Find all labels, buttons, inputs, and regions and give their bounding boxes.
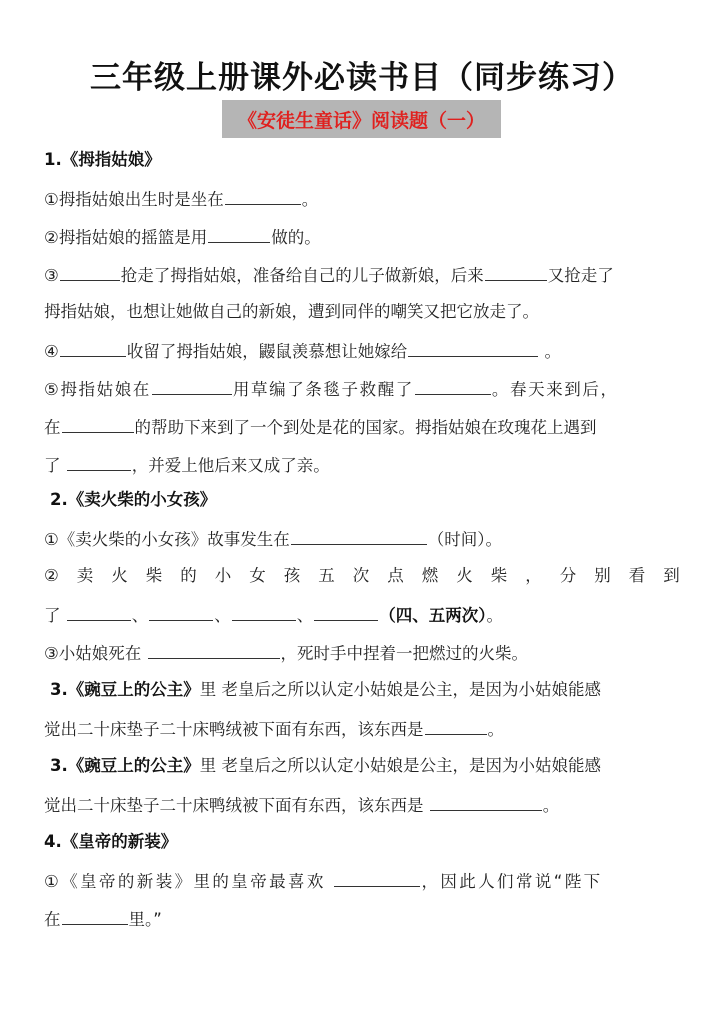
section-heading-4: 4.《皇帝的新装》 bbox=[44, 830, 680, 854]
answer-blank[interactable] bbox=[430, 792, 542, 811]
answer-blank[interactable] bbox=[67, 452, 131, 471]
page-title: 三年级上册课外必读书目（同步练习） bbox=[0, 52, 724, 97]
answer-blank[interactable] bbox=[152, 376, 232, 395]
answer-blank[interactable] bbox=[485, 262, 547, 281]
answer-blank[interactable] bbox=[334, 868, 420, 887]
question-4-1-line2: 在里。” bbox=[44, 906, 680, 932]
section-heading-2: 2.《卖火柴的小女孩》 bbox=[50, 488, 686, 512]
answer-blank[interactable] bbox=[62, 906, 128, 925]
answer-blank[interactable] bbox=[225, 186, 301, 205]
answer-blank[interactable] bbox=[415, 376, 491, 395]
subtitle: 《安徒生童话》阅读题（一） bbox=[238, 106, 485, 133]
answer-blank[interactable] bbox=[149, 602, 213, 621]
answer-blank[interactable] bbox=[232, 602, 296, 621]
question-2-1: ①《卖火柴的小女孩》故事发生在（时间）。 bbox=[44, 526, 680, 552]
question-1-5-line3: 了 ，并爱上他后来又成了亲。 bbox=[44, 452, 680, 478]
question-3a-line2: 觉出二十床垫子二十床鸭绒被下面有东西，该东西是。 bbox=[44, 716, 680, 742]
question-1-5-line2: 在的帮助下来到了一个到处是花的国家。拇指姑娘在玫瑰花上遇到 bbox=[44, 414, 680, 440]
answer-blank[interactable] bbox=[60, 338, 126, 357]
question-3b: 3.《豌豆上的公主》里 老皇后之所以认定小姑娘是公主，是因为小姑娘能感 bbox=[50, 754, 686, 778]
subtitle-banner: 《安徒生童话》阅读题（一） bbox=[222, 100, 501, 138]
question-1-4: ④收留了拇指姑娘，鼹鼠羡慕想让她嫁给 。 bbox=[44, 338, 680, 364]
answer-blank[interactable] bbox=[291, 526, 427, 545]
question-2-2-line2: 了 、、、（四、五两次）。 bbox=[44, 602, 680, 628]
question-1-3-continued: 拇指姑娘，也想让她做自己的新娘，遭到同伴的嘲笑又把它放走了。 bbox=[44, 300, 680, 324]
answer-blank[interactable] bbox=[208, 224, 270, 243]
question-1-5: ⑤拇指姑娘在用草编了条毯子救醒了。春天来到后， bbox=[44, 376, 680, 402]
question-1-3: ③抢走了拇指姑娘，准备给自己的儿子做新娘，后来又抢走了 bbox=[44, 262, 680, 288]
question-1-1: ①拇指姑娘出生时是坐在。 bbox=[44, 186, 680, 212]
answer-blank[interactable] bbox=[314, 602, 378, 621]
question-1-2: ②拇指姑娘的摇篮是用做的。 bbox=[44, 224, 680, 250]
answer-blank[interactable] bbox=[60, 262, 120, 281]
question-3a: 3.《豌豆上的公主》里 老皇后之所以认定小姑娘是公主，是因为小姑娘能感 bbox=[50, 678, 686, 702]
answer-blank[interactable] bbox=[425, 716, 487, 735]
answer-blank[interactable] bbox=[148, 640, 280, 659]
answer-blank[interactable] bbox=[62, 414, 134, 433]
question-2-3: ③小姑娘死在 ，死时手中捏着一把燃过的火柴。 bbox=[44, 640, 680, 666]
question-4-1: ①《皇帝的新装》里的皇帝最喜欢 ，因此人们常说“陛下 bbox=[44, 868, 680, 894]
question-2-2: ②卖火柴的小女孩五次点燃火柴，分别看到 bbox=[44, 564, 680, 588]
answer-blank[interactable] bbox=[408, 338, 538, 357]
answer-blank[interactable] bbox=[67, 602, 131, 621]
section-heading-1: 1.《拇指姑娘》 bbox=[44, 148, 680, 172]
question-3b-line2: 觉出二十床垫子二十床鸭绒被下面有东西，该东西是 。 bbox=[44, 792, 680, 818]
